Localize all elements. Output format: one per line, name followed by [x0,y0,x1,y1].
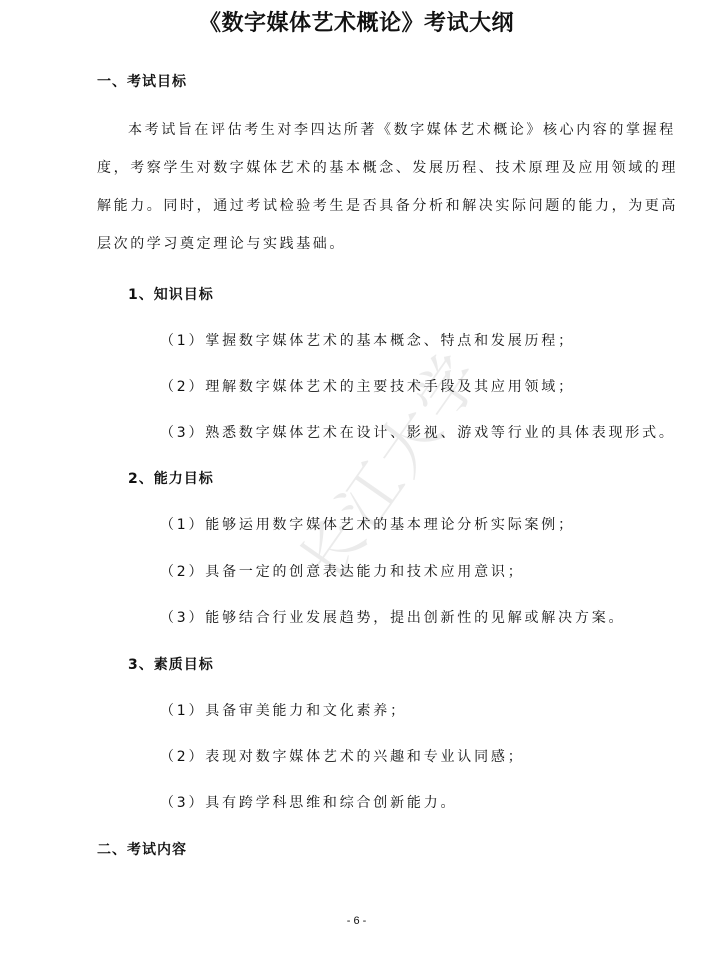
list-item: （2）具备一定的创意表达能力和技术应用意识； [160,562,525,582]
page-number: - 6 - [0,913,713,929]
list-item: （3）能够结合行业发展趋势，提出创新性的见解或解决方案。 [160,608,625,628]
subsection-heading-quality-goals: 3、素质目标 [128,655,214,675]
list-item: （3）具有跨学科思维和综合创新能力。 [160,793,457,813]
list-item: （1）具备审美能力和文化素养； [160,701,407,721]
paragraph-line: 解能力。同时，通过考试检验考生是否具备分析和解决实际问题的能力，为更高 [97,196,678,216]
subsection-heading-knowledge-goals: 1、知识目标 [128,285,214,305]
section-heading-exam-objectives: 一、考试目标 [97,72,187,92]
watermark: 长江大学 [275,331,499,598]
paragraph-line: 度，考察学生对数字媒体艺术的基本概念、发展历程、技术原理及应用领域的理 [97,158,678,178]
list-item: （1）能够运用数字媒体艺术的基本理论分析实际案例； [160,515,575,535]
list-item: （2）表现对数字媒体艺术的兴趣和专业认同感； [160,747,525,767]
list-item: （1）掌握数字媒体艺术的基本概念、特点和发展历程； [160,331,575,351]
subsection-heading-ability-goals: 2、能力目标 [128,469,214,489]
list-item: （2）理解数字媒体艺术的主要技术手段及其应用领域； [160,377,575,397]
document-page: 长江大学 《数字媒体艺术概论》考试大纲 一、考试目标 本考试旨在评估考生对李四达… [0,0,713,974]
list-item: （3）熟悉数字媒体艺术在设计、影视、游戏等行业的具体表现形式。 [160,423,676,443]
paragraph-line: 层次的学习奠定理论与实践基础。 [97,234,346,254]
section-heading-exam-content: 二、考试内容 [97,840,187,860]
paragraph-line: 本考试旨在评估考生对李四达所著《数字媒体艺术概论》核心内容的掌握程 [128,120,676,140]
document-title: 《数字媒体艺术概论》考试大纲 [0,8,713,40]
